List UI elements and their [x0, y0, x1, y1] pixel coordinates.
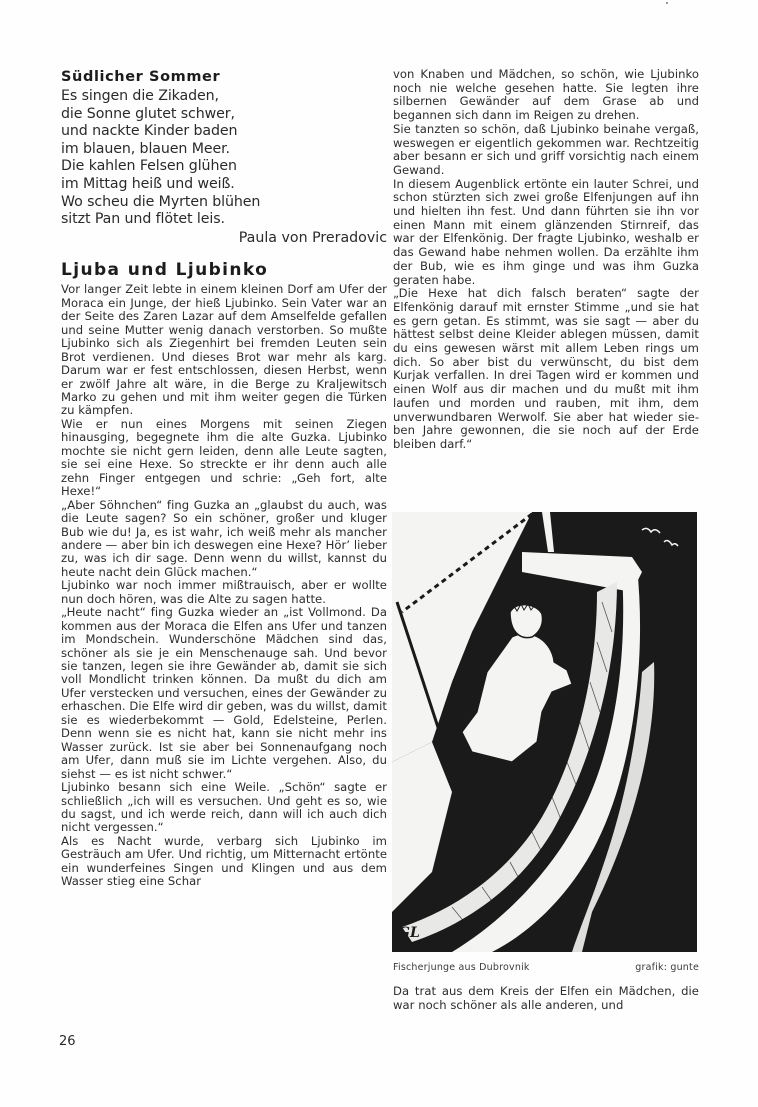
story-paragraph: „Heute nacht“ fing Guzka wieder an „ist … [61, 606, 387, 781]
sailboat-drawing-icon: GL [392, 512, 697, 952]
poem-title: Südlicher Sommer [61, 68, 387, 86]
poem-line: Es singen die Zikaden, [61, 88, 387, 106]
caption-credit: grafik: gunte [635, 962, 699, 973]
poem-line: Wo scheu die Myrten blühen [61, 194, 387, 212]
story-paragraph: „Aber Söhnchen“ fing Guzka an „glaubst d… [61, 499, 387, 580]
story-paragraph: von Knaben und Mädchen, so schön, wie Lj… [393, 68, 699, 123]
story-paragraph: Wie er nun eines Morgens mit seinen Zieg… [61, 418, 387, 499]
artist-signature: GL [398, 925, 420, 941]
right-column: von Knaben und Mädchen, so schön, wie Lj… [393, 68, 699, 452]
story-paragraph: In diesem Augenblick ertönte ein lauter … [393, 178, 699, 288]
poem-line: Die kahlen Felsen glühen [61, 158, 387, 176]
poem-line: sitzt Pan und flötet leis. [61, 211, 387, 229]
magazine-page: Südlicher Sommer Es singen die Zikaden, … [0, 0, 758, 1107]
caption-title: Fischerjunge aus Dubrovnik [393, 962, 530, 973]
story-paragraph: Ljubinko war noch immer mißtrauisch, abe… [61, 579, 387, 606]
left-column: Südlicher Sommer Es singen die Zikaden, … [61, 68, 387, 889]
poem-author: Paula von Preradovic [61, 230, 387, 248]
poem-line: im Mittag heiß und weiß. [61, 176, 387, 194]
story-paragraph: „Die Hexe hat dich falsch beraten“ sagte… [393, 287, 699, 451]
poem-body: Es singen die Zikaden, die Sonne glutet … [61, 88, 387, 247]
story-paragraph: Da trat aus dem Kreis der Elfen ein Mädc… [393, 985, 699, 1012]
page-number: 26 [59, 1034, 76, 1049]
poem-line: im blauen, blauen Meer. [61, 141, 387, 159]
boat-illustration: GL [392, 512, 697, 952]
print-speck [666, 2, 668, 4]
story-paragraph: Als es Nacht wurde, verbarg sich Ljubink… [61, 835, 387, 889]
illustration-caption: Fischerjunge aus Dubrovnik grafik: gunte [393, 962, 699, 973]
right-column-continuation: Da trat aus dem Kreis der Elfen ein Mädc… [393, 985, 699, 1012]
poem-line: und nackte Kinder baden [61, 123, 387, 141]
poem-line: die Sonne glutet schwer, [61, 106, 387, 124]
story-paragraph: Sie tanzten so schön, daß Ljubinko beina… [393, 123, 699, 178]
story-paragraph: Ljubinko besann sich eine Weile. „Schön“… [61, 781, 387, 835]
story-paragraph: Vor langer Zeit lebte in einem kleinen D… [61, 283, 387, 418]
story-title: Ljuba und Ljubinko [61, 259, 387, 281]
